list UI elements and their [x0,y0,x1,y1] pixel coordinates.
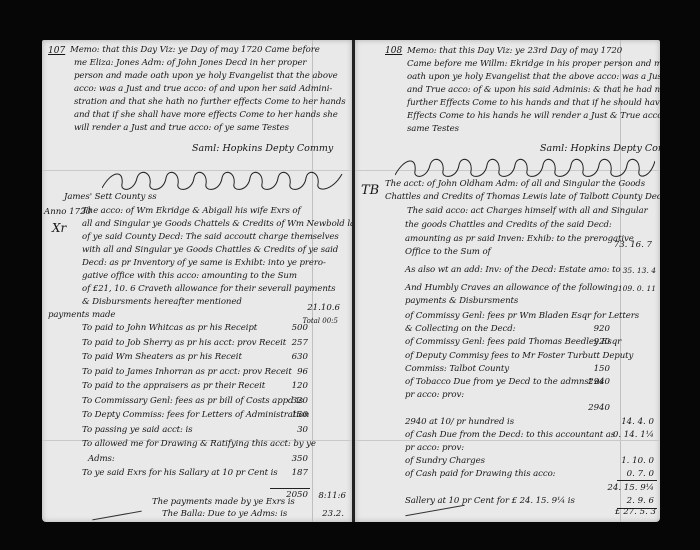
signature: Saml: Hopkins Depty Commy [540,143,660,154]
payments-total-line: The payments made by ye Exrs is [152,497,295,508]
account-line: Office to the Sum of [405,247,491,258]
memo-line: acco: was a Just and true acco: of and u… [74,84,332,95]
payment-amount: 257 [292,338,308,349]
memo-line: further Effects Come to his hands and th… [407,98,660,109]
county-heading: James' Sett County ss [64,192,157,203]
account-line: The said acco: act Charges himself with … [407,206,648,217]
payment-description: To allowed me for Drawing & Ratifying th… [82,439,316,450]
account-line: payments & Disbursments [405,296,518,307]
payment-amount: 187 [292,468,308,479]
folio-number: 108 [385,46,402,56]
disbursement-description: of Deputy Commisy fees to Mr Foster Turb… [405,351,633,362]
disbursement-amount: 150 [594,364,610,375]
payment-description: Adms: [88,454,115,465]
account-line: As also wt an add: Inv: of the Decd: Est… [405,265,621,276]
balance-line: The Balla: Due to ye Adms: is [162,509,287,520]
memo-line: stration and that she hath no further ef… [74,97,346,108]
memo-line: oath upon ye holy Evangelist that the ab… [407,72,660,83]
account-line: amounting as pr said Inven: Exhib: to th… [405,234,634,245]
disbursement-description: of Cash paid for Drawing this acco: [405,469,555,480]
payment-amount: 320 [292,396,308,407]
decorative-flourish [395,157,655,179]
disbursement-amount: 920 [594,337,610,348]
final-total: £ 27. 5. 3 [615,507,656,518]
payment-amount: 30 [297,425,308,436]
disbursement-amount: 1. 10. 0 [621,456,654,467]
disbursement-description: of Commissy Genl: fees pr Wm Bladen Esqr… [405,311,639,322]
payment-description: To paid to the appraisers as pr their Re… [82,381,265,392]
payments-sum-pounds: 8:11:6 [318,491,346,502]
payment-description: To Commissary Genl: fees as pr bill of C… [82,396,303,407]
disbursement-description: & Collecting on the Decd: [405,324,515,335]
memo-line: and that if she shall have more effects … [74,110,338,121]
payment-description: To paid to Job Sherry as pr his acct: pr… [82,338,286,349]
decorative-flourish [92,511,141,521]
margin-mark: TB [361,185,379,196]
sum-rule [617,480,657,481]
memo-line: Effects Come to his hands he will render… [407,111,660,122]
payment-description: To paid to James Inhorran as pr acct: pr… [82,367,292,378]
memo-line: Memo: that this Day Viz: ye Day of may 1… [70,45,320,56]
memo-line: Came before me Willm: Ekridge in his pro… [407,59,660,70]
disbursement-description: of Cash Due from the Decd: to this accou… [405,430,615,441]
account-line: of ye said County Decd: The said accoutt… [82,232,339,243]
account-line: Decd: as pr Inventory of ye same is Exhi… [82,258,326,269]
margin-mark: Xr [52,223,66,234]
payment-amount: 96 [297,367,308,378]
disbursement-description: pr acco: prov: [405,443,464,454]
account-line: The acco: of Wm Ekridge & Abigall his wi… [82,206,301,217]
disbursement-description: 2940 at 10/ pr hundred is [405,417,514,428]
disbursement-amount: 14. 4. 0 [621,417,654,428]
disbursement-description: of Sundry Charges [405,456,485,467]
payment-description: To ye said Exrs for his Sallary at 10 pr… [82,468,278,479]
charge-amount: 73. 16. 7 [614,240,652,251]
signature: Saml: Hopkins Depty Commy [192,143,333,154]
payment-description: To paid to John Whitcas as pr his Receip… [82,323,257,334]
account-line: gative office with this acco: amounting … [82,271,297,282]
disbursement-amount: 2940 [588,377,610,388]
account-line: with all and Singular ye Goods Chattles … [82,245,338,256]
memo-line: Memo: that this Day Viz: ye 23rd Day of … [407,46,622,57]
memo-line: same Testes [407,124,459,135]
memo-line: and True acco: of & upon his said Admini… [407,85,660,96]
memo-line: will render a Just and true acco: of ye … [74,123,289,134]
disbursement-description: Commiss: Talbot County [405,364,509,375]
left-ledger-page: 107 Memo: that this Day Viz: ye Day of m… [42,40,352,522]
memo-line: person and made oath upon ye holy Evange… [74,71,338,82]
payment-description: To Depty Commiss: fees for Letters of Ad… [82,410,309,421]
balance-amount: 23.2. [322,509,344,520]
account-line: all and Singular ye Goods Chattels & Cre… [82,219,352,230]
account-line: of £21, 10. 6 Craveth allowance for thei… [82,284,335,295]
payment-description: To passing ye said acct: is [82,425,192,436]
intro-total: 21.10.6 [307,303,340,314]
payment-amount: 500 [292,323,308,334]
charge-amount: 109. 0. 11 [618,283,656,294]
payment-amount: 150 [292,410,308,421]
sum-rule [270,488,310,489]
disbursement-description: of Tobacco Due from ye Decd to the admns… [405,377,604,388]
memo-line: me Eliza: Jones Adm: of John Jones Decd … [74,58,306,69]
account-line: the goods Chattles and Credits of the sa… [405,220,612,231]
payment-description: To paid Wm Sheaters as pr his Receit [82,352,242,363]
folio-number: 107 [48,46,65,56]
account-line: The acct: of John Oldham Adm: of all and… [385,179,645,190]
disbursement-description: of Commissy Genl: fees paid Thomas Beedl… [405,337,621,348]
account-line: & Disbursments hereafter mentioned [82,297,242,308]
disbursement-amount: 0. 14. 1¼ [613,430,654,441]
disbursement-amount: 2. 9. 6 [627,496,654,507]
charge-amount: 35. 13. 4 [623,265,656,276]
payment-amount: 120 [292,381,308,392]
account-line: And Humbly Craves an allowance of the fo… [405,283,618,294]
disbursement-amount: 0. 7. 0 [627,469,654,480]
disbursement-amount: 24. 15. 9¼ [607,483,654,494]
account-line: payments made [48,310,115,321]
account-line: Chattles and Credits of Thomas Lewis lat… [385,192,660,203]
right-ledger-page: 108 Memo: that this Day Viz: ye 23rd Day… [355,40,660,522]
disbursement-description: pr acco: prov: [405,390,464,401]
disbursement-description: Sallery at 10 pr Cent for £ 24. 15. 9¼ i… [405,496,575,507]
decorative-flourish [102,170,347,192]
disbursement-amount: 920 [594,324,610,335]
disbursement-amount: 2940 [588,403,610,414]
payment-amount: 630 [292,352,308,363]
payment-amount: 350 [292,454,308,465]
